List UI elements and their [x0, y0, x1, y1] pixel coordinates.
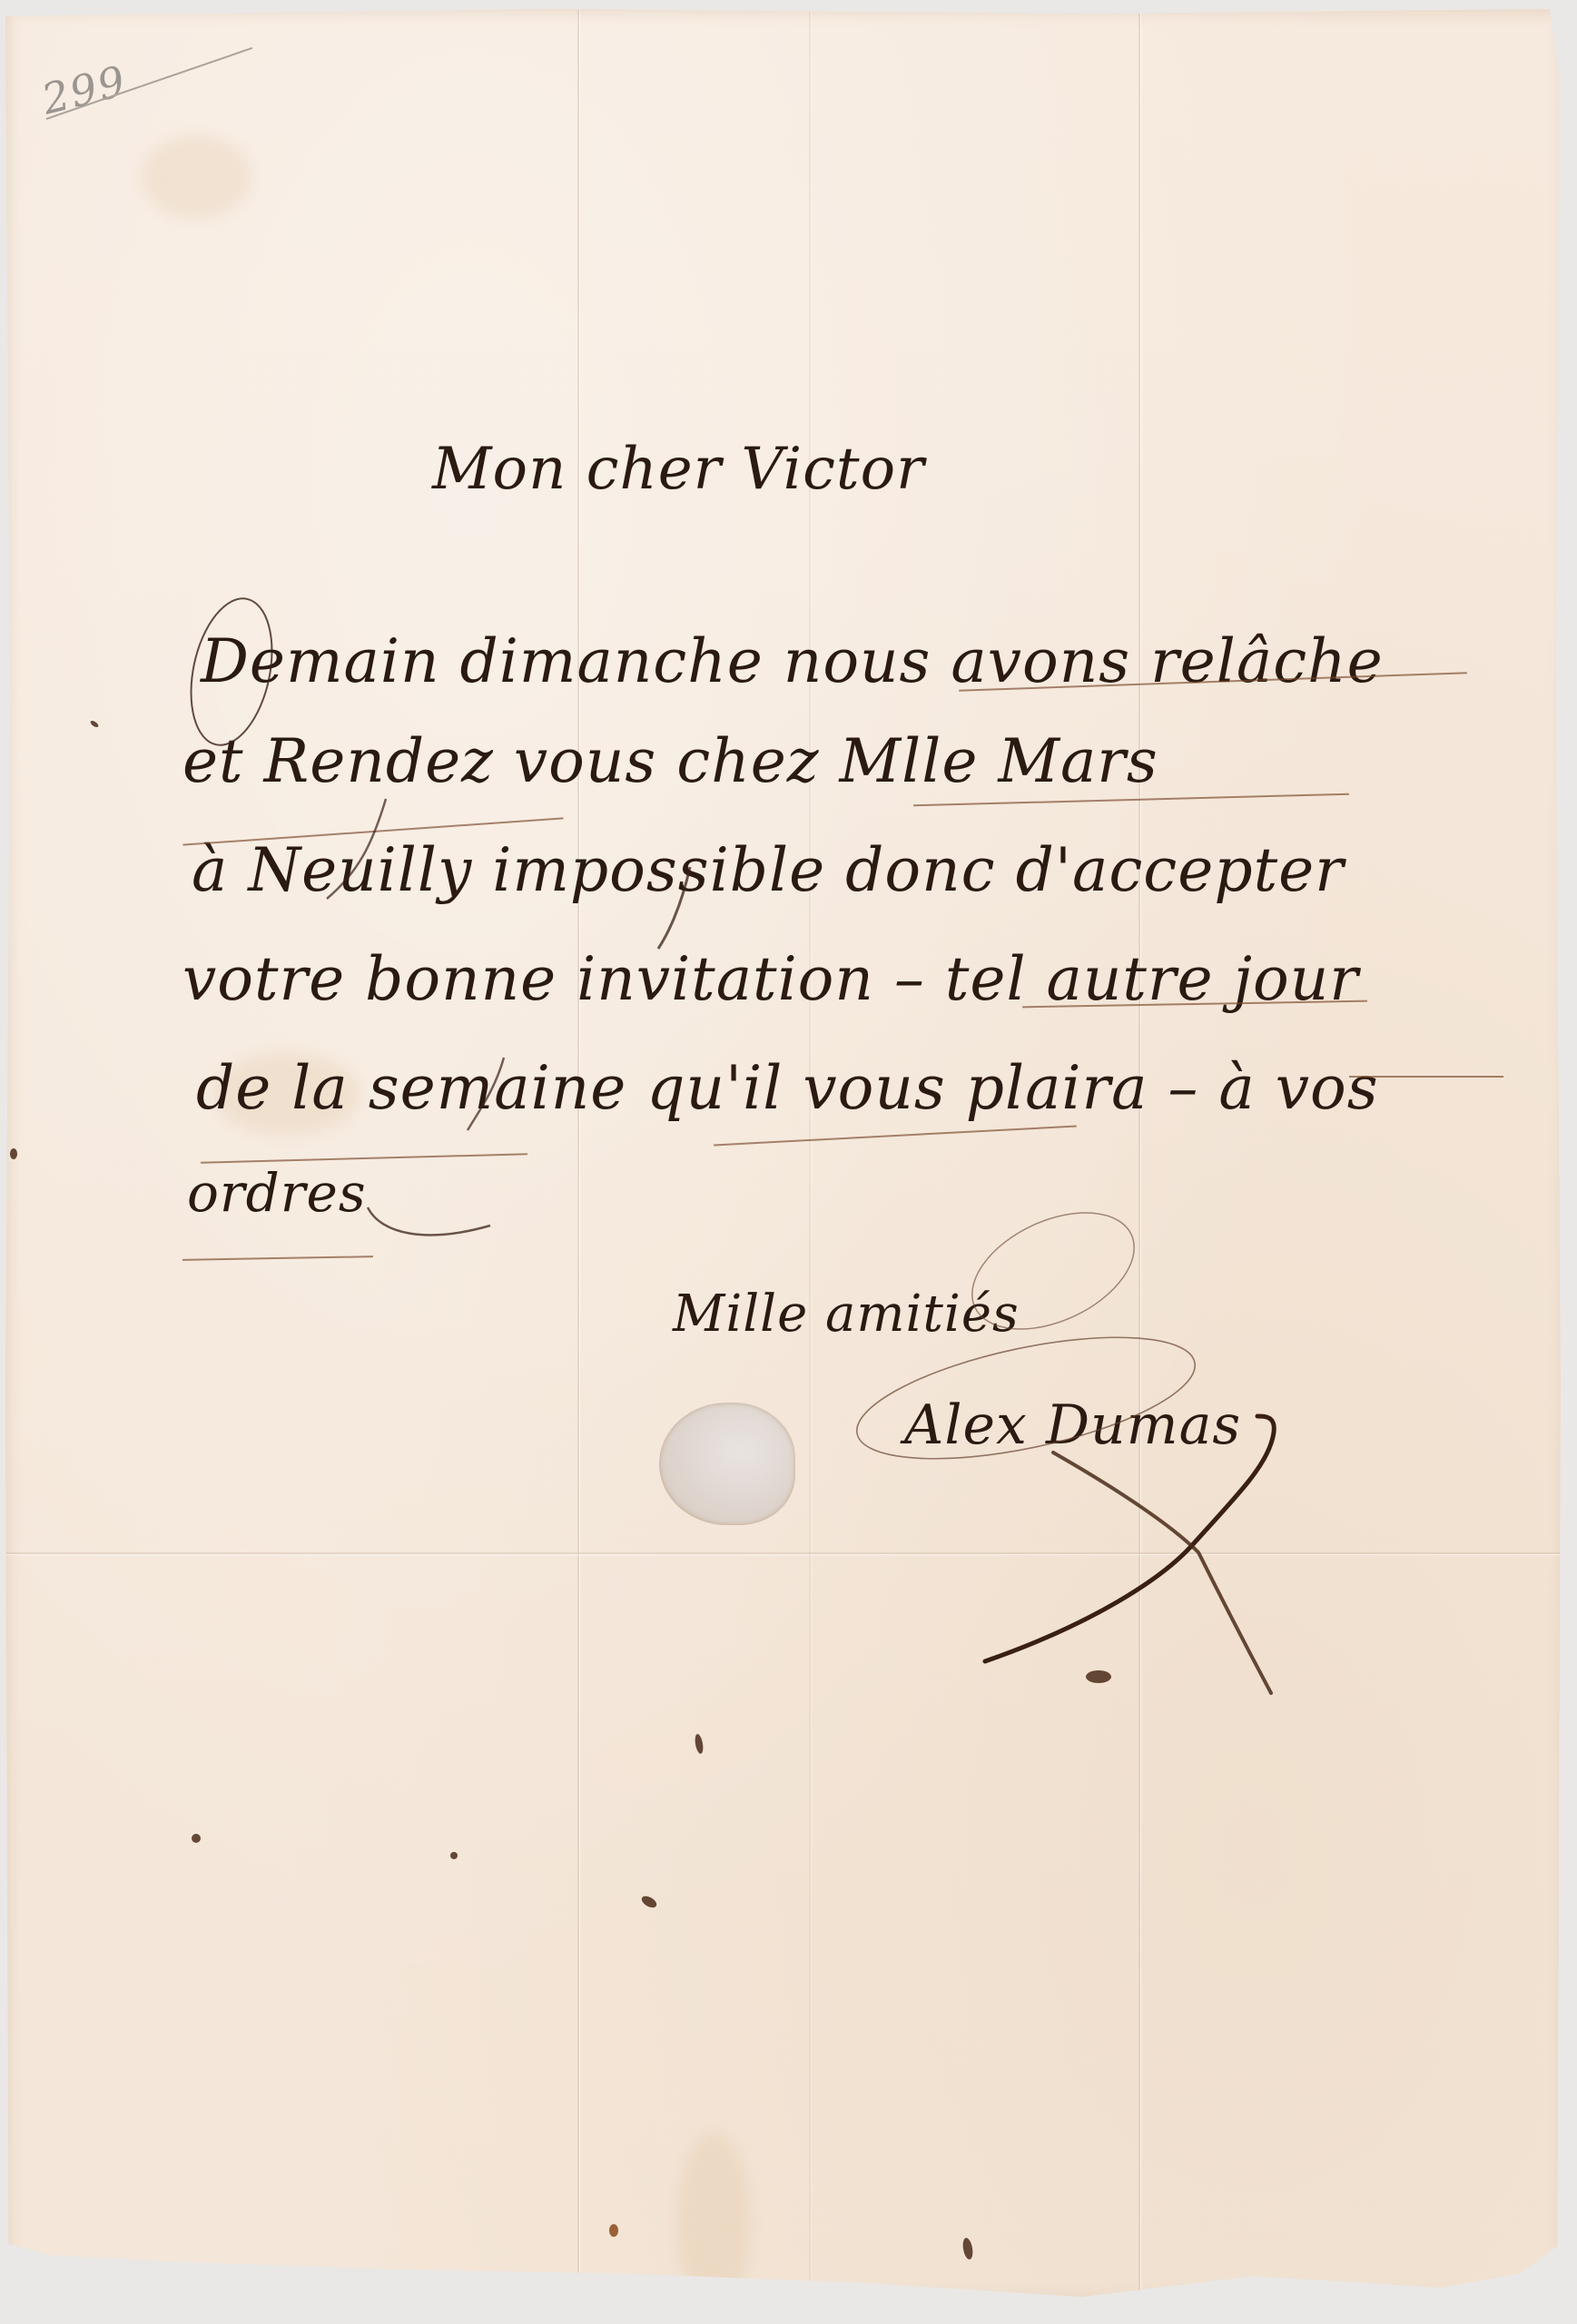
ink-blot	[1086, 1670, 1111, 1683]
pencil-annotation: 299	[37, 55, 132, 123]
ink-blot	[961, 2237, 974, 2260]
ink-blot	[192, 1834, 201, 1843]
letter-sheet: 299 Mon cher Victor Demain dimanche nous…	[5, 9, 1565, 2301]
letter-body-line: Demain dimanche nous avons relâche	[201, 626, 1384, 696]
paper-stain	[142, 136, 251, 218]
paper-stain	[677, 2133, 750, 2315]
fold-crease-horizontal	[5, 1552, 1565, 1554]
ink-blot	[10, 1148, 17, 1159]
ink-blot	[694, 1733, 705, 1754]
ink-blot	[609, 2224, 618, 2237]
letter-body-line: à Neuilly impossible donc d'accepter	[192, 835, 1345, 905]
wax-seal-remnant	[659, 1403, 795, 1525]
ink-blot	[450, 1852, 458, 1859]
ink-blot	[314, 2270, 321, 2290]
fold-crease-vertical	[809, 9, 811, 2301]
ink-underline	[714, 1126, 1077, 1147]
letter-body-line: ordres	[187, 1162, 367, 1224]
letter-body-line: et Rendez vous chez Mlle Mars	[182, 726, 1158, 796]
ink-underline	[1349, 1076, 1503, 1078]
fold-crease-vertical	[1138, 9, 1140, 2301]
letter-salutation: Mon cher Victor	[432, 436, 925, 503]
ink-underline	[182, 1256, 373, 1261]
ink-blot	[89, 720, 99, 729]
letter-body-line: de la semaine qu'il vous plaira – à vos	[196, 1053, 1379, 1123]
letter-closing: Mille amitiés	[673, 1285, 1020, 1344]
letter-signature: Alex Dumas	[904, 1393, 1241, 1457]
ink-blot	[640, 1894, 659, 1910]
fold-crease-vertical	[577, 9, 579, 2301]
